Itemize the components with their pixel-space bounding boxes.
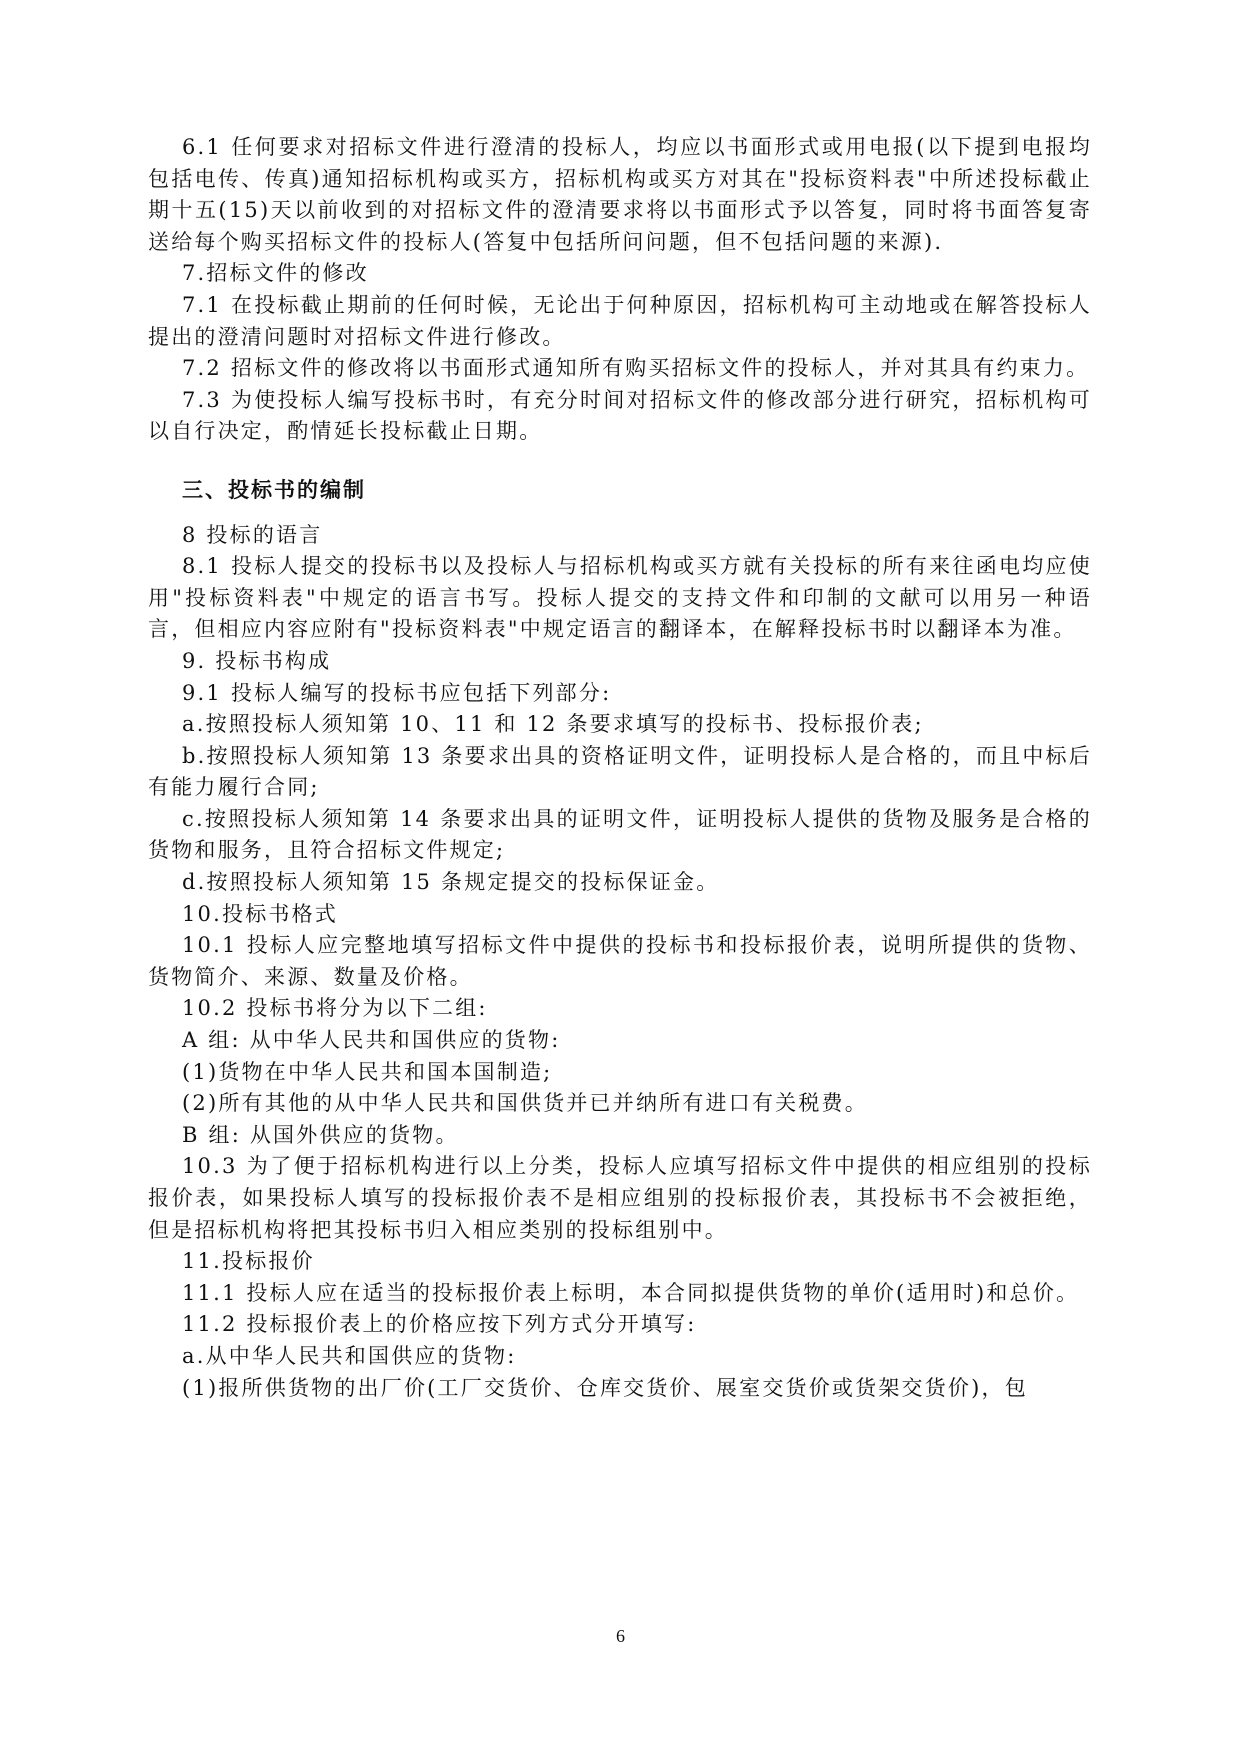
paragraph-11-1: 11.1 投标人应在适当的投标报价表上标明，本合同拟提供货物的单价(适用时)和总… xyxy=(148,1278,1092,1310)
list-item-9-1-b: b.按照投标人须知第 13 条要求出具的资格证明文件，证明投标人是合格的，而且中… xyxy=(148,741,1092,804)
paragraph-7-1: 7.1 在投标截止期前的任何时候，无论出于何种原因，招标机构可主动地或在解答投标… xyxy=(148,290,1092,353)
group-a: A 组: 从中华人民共和国供应的货物: xyxy=(148,1025,1092,1057)
paragraph-8-1: 8.1 投标人提交的投标书以及投标人与招标机构或买方就有关投标的所有来往函电均应… xyxy=(148,551,1092,646)
page-number: 6 xyxy=(0,1626,1241,1647)
paragraph-9-1: 9.1 投标人编写的投标书应包括下列部分: xyxy=(148,678,1092,710)
group-a-item-1: (1)货物在中华人民共和国本国制造; xyxy=(148,1057,1092,1089)
clause-heading-11: 11.投标报价 xyxy=(148,1246,1092,1278)
document-page: 6.1 任何要求对招标文件进行澄清的投标人，均应以书面形式或用电报(以下提到电报… xyxy=(0,0,1241,1754)
clause-heading-8: 8 投标的语言 xyxy=(148,520,1092,552)
paragraph-6-1: 6.1 任何要求对招标文件进行澄清的投标人，均应以书面形式或用电报(以下提到电报… xyxy=(148,132,1092,258)
paragraph-11-2: 11.2 投标报价表上的价格应按下列方式分开填写: xyxy=(148,1309,1092,1341)
paragraph-7-3: 7.3 为使投标人编写投标书时，有充分时间对招标文件的修改部分进行研究，招标机构… xyxy=(148,385,1092,448)
group-b: B 组: 从国外供应的货物。 xyxy=(148,1120,1092,1152)
clause-heading-10: 10.投标书格式 xyxy=(148,899,1092,931)
document-body: 6.1 任何要求对招标文件进行澄清的投标人，均应以书面形式或用电报(以下提到电报… xyxy=(148,132,1092,1404)
paragraph-7-2: 7.2 招标文件的修改将以书面形式通知所有购买招标文件的投标人，并对其具有约束力… xyxy=(148,353,1092,385)
clause-heading-9: 9. 投标书构成 xyxy=(148,646,1092,678)
list-item-9-1-c: c.按照投标人须知第 14 条要求出具的证明文件，证明投标人提供的货物及服务是合… xyxy=(148,804,1092,867)
list-item-11-2-a-1: (1)报所供货物的出厂价(工厂交货价、仓库交货价、展室交货价或货架交货价)，包 xyxy=(148,1373,1092,1405)
clause-heading-7: 7.招标文件的修改 xyxy=(148,258,1092,290)
paragraph-10-1: 10.1 投标人应完整地填写招标文件中提供的投标书和投标报价表，说明所提供的货物… xyxy=(148,930,1092,993)
list-item-9-1-d: d.按照投标人须知第 15 条规定提交的投标保证金。 xyxy=(148,867,1092,899)
section-heading: 三、投标书的编制 xyxy=(148,474,1092,506)
list-item-9-1-a: a.按照投标人须知第 10、11 和 12 条要求填写的投标书、投标报价表; xyxy=(148,709,1092,741)
group-a-item-2: (2)所有其他的从中华人民共和国供货并已并纳所有进口有关税费。 xyxy=(148,1088,1092,1120)
paragraph-10-2: 10.2 投标书将分为以下二组: xyxy=(148,993,1092,1025)
paragraph-10-3: 10.3 为了便于招标机构进行以上分类，投标人应填写招标文件中提供的相应组别的投… xyxy=(148,1151,1092,1246)
list-item-11-2-a: a.从中华人民共和国供应的货物: xyxy=(148,1341,1092,1373)
